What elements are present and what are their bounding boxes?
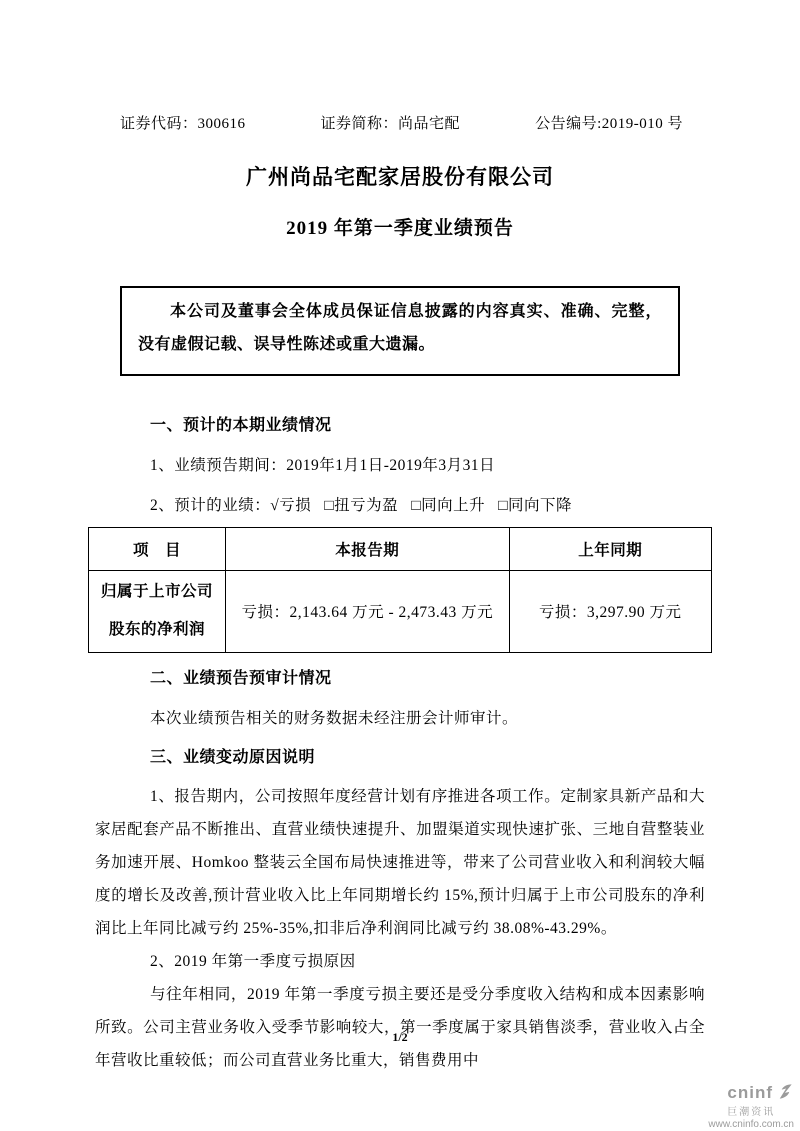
- page-content: 证券代码：300616 证券简称：尚品宅配 公告编号:2019-010 号 广州…: [0, 0, 800, 1077]
- checkbox-empty: □: [498, 497, 508, 514]
- option-loss: √亏损: [270, 497, 311, 514]
- document-title: 2019 年第一季度业绩预告: [95, 213, 705, 240]
- checked-mark: √: [270, 497, 279, 514]
- cninfo-swirl-icon: [775, 1082, 794, 1106]
- section2-heading: 二、业绩预告预审计情况: [150, 665, 705, 688]
- prior-period-value-cell: 亏损：3,297.90 万元: [509, 570, 712, 653]
- forecast-table: 项 目 本报告期 上年同期 归属于上市公司股东的净利润 亏损：2,143.64 …: [88, 527, 712, 654]
- col-header-current-period: 本报告期: [226, 527, 509, 570]
- forecast-type-line: 2、预计的业绩：√亏损□扭亏为盈□同向上升□同向下降: [150, 493, 705, 515]
- col-header-prior-period: 上年同期: [509, 527, 712, 570]
- section1-heading: 一、预计的本期业绩情况: [150, 412, 705, 435]
- cninfo-chinese-name: 巨潮资讯: [708, 1107, 794, 1118]
- document-header: 证券代码：300616 证券简称：尚品宅配 公告编号:2019-010 号: [95, 112, 705, 133]
- reason-paragraph-1: 1、报告期内，公司按照年度经营计划有序推进各项工作。定制家具新产品和大家居配套产…: [95, 780, 705, 945]
- option-turnaround: □扭亏为盈: [324, 497, 398, 514]
- table-row: 归属于上市公司股东的净利润 亏损：2,143.64 万元 - 2,473.43 …: [89, 570, 712, 653]
- cninfo-brand-row: cninf: [708, 1082, 794, 1106]
- cninfo-watermark: cninf 巨潮资讯 www.cninfo.com.cn: [708, 1082, 794, 1130]
- option-same-direction-up: □同向上升: [411, 497, 485, 514]
- cninfo-url: www.cninfo.com.cn: [708, 1119, 794, 1130]
- section2-body: 本次业绩预告相关的财务数据未经注册会计师审计。: [150, 706, 705, 728]
- stock-name: 证券简称：尚品宅配: [321, 112, 461, 133]
- table-header-row: 项 目 本报告期 上年同期: [89, 527, 712, 570]
- current-period-value-cell: 亏损：2,143.64 万元 - 2,473.43 万元: [226, 570, 509, 653]
- company-title: 广州尚品宅配家居股份有限公司: [95, 161, 705, 191]
- option-same-direction-down: □同向下降: [498, 497, 572, 514]
- cninfo-brand-text: cninf: [727, 1084, 773, 1103]
- stock-code: 证券代码：300616: [120, 112, 246, 133]
- col-header-item: 项 目: [89, 527, 226, 570]
- forecast-type-prefix: 2、预计的业绩：: [150, 497, 270, 514]
- forecast-period-line: 1、业绩预告期间：2019年1月1日-2019年3月31日: [150, 453, 705, 475]
- announcement-page: 证券代码：300616 证券简称：尚品宅配 公告编号:2019-010 号 广州…: [0, 0, 800, 1131]
- announcement-number: 公告编号:2019-010 号: [535, 112, 683, 133]
- checkbox-empty: □: [411, 497, 421, 514]
- net-profit-item-cell: 归属于上市公司股东的净利润: [89, 570, 226, 653]
- reason-paragraph-3: 与往年相同，2019 年第一季度亏损主要还是受分季度收入结构和成本因素影响所致。…: [95, 978, 705, 1077]
- disclaimer-box: 本公司及董事会全体成员保证信息披露的内容真实、准确、完整，没有虚假记载、误导性陈…: [120, 286, 680, 376]
- section3-heading: 三、业绩变动原因说明: [150, 744, 705, 767]
- reason-subheading-2: 2、2019 年第一季度亏损原因: [95, 945, 705, 978]
- page-number: 1/2: [0, 1030, 800, 1045]
- checkbox-empty: □: [324, 497, 334, 514]
